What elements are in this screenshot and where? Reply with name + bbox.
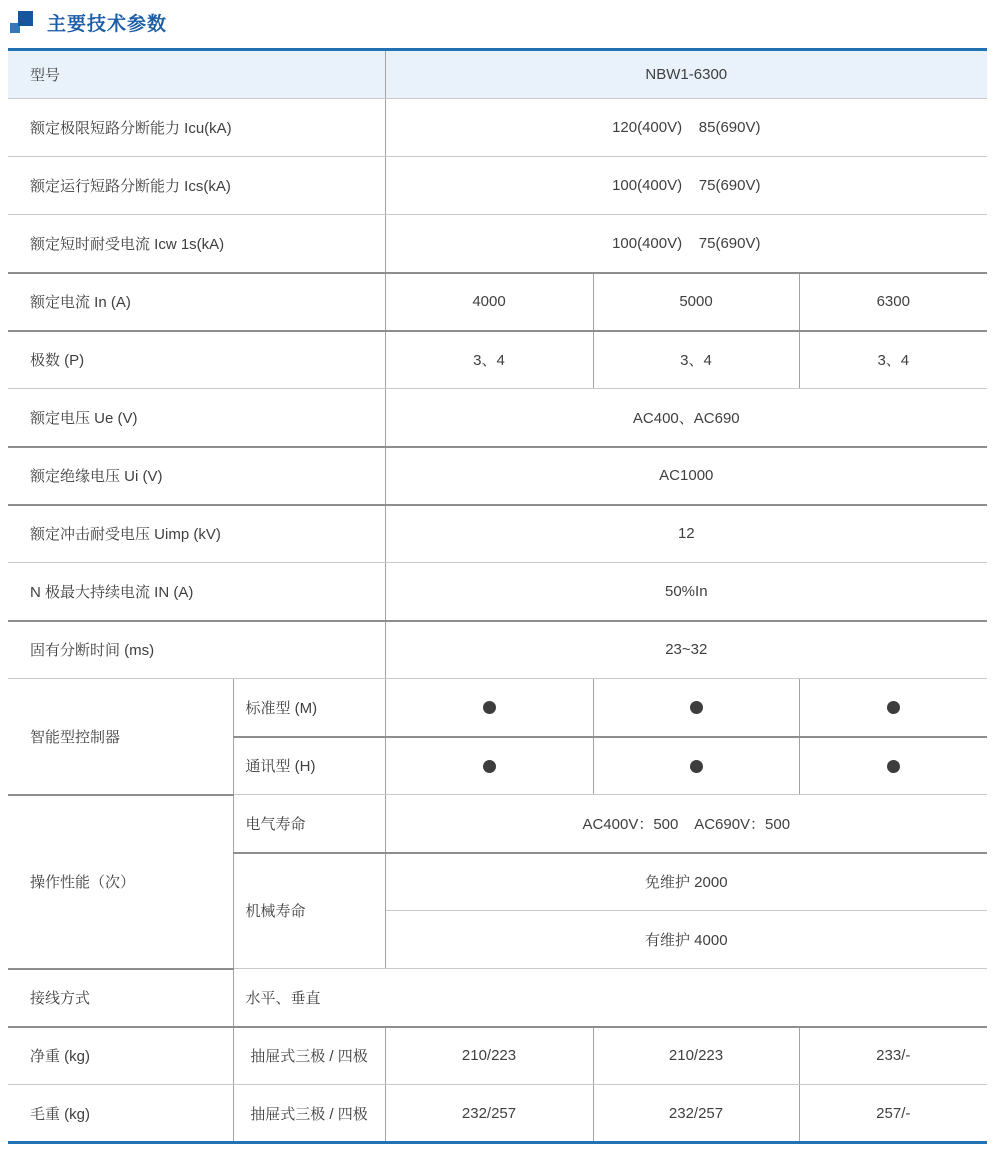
- row-group-label: 操作性能（次）: [8, 795, 233, 969]
- row-value: 100(400V) 75(690V): [385, 157, 987, 215]
- row-value: 6300: [799, 273, 987, 331]
- row-label: 固有分断时间 (ms): [8, 621, 385, 679]
- row-value: AC400、AC690: [385, 389, 987, 447]
- row-value: [799, 737, 987, 795]
- table-row: 毛重 (kg) 抽屉式三极 / 四极 232/257 232/257 257/-: [8, 1085, 987, 1143]
- row-label: 额定绝缘电压 Ui (V): [8, 447, 385, 505]
- availability-dot-icon: [887, 701, 900, 714]
- row-label: 额定电压 Ue (V): [8, 389, 385, 447]
- row-value: 免维护 2000: [385, 853, 987, 911]
- page-title: 主要技术参数: [47, 9, 167, 36]
- section-marker-icon: [10, 9, 36, 35]
- row-value: 257/-: [799, 1085, 987, 1143]
- table-row: 额定极限短路分断能力 Icu(kA) 120(400V) 85(690V): [8, 99, 987, 157]
- availability-dot-icon: [887, 760, 900, 773]
- table-row: 操作性能（次） 电气寿命 AC400V：500 AC690V：500: [8, 795, 987, 853]
- row-group-label: 智能型控制器: [8, 679, 233, 795]
- row-value: [385, 679, 593, 737]
- row-value: 5000: [593, 273, 799, 331]
- row-value: 23~32: [385, 621, 987, 679]
- table-row: 接线方式 水平、垂直: [8, 969, 987, 1027]
- row-value: 3、4: [593, 331, 799, 389]
- table-row: 额定运行短路分断能力 Ics(kA) 100(400V) 75(690V): [8, 157, 987, 215]
- row-sub-label: 电气寿命: [233, 795, 385, 853]
- row-sub-label: 抽屉式三极 / 四极: [233, 1085, 385, 1143]
- row-value: [593, 737, 799, 795]
- row-value: 210/223: [385, 1027, 593, 1085]
- row-value: 233/-: [799, 1027, 987, 1085]
- row-label: 极数 (P): [8, 331, 385, 389]
- row-value: 232/257: [385, 1085, 593, 1143]
- spec-table: 型号 NBW1-6300 额定极限短路分断能力 Icu(kA) 120(400V…: [8, 48, 987, 1144]
- header-label: 型号: [8, 50, 385, 99]
- row-sub-label: 通讯型 (H): [233, 737, 385, 795]
- row-label: 接线方式: [8, 969, 233, 1027]
- row-value: 210/223: [593, 1027, 799, 1085]
- row-value: AC400V：500 AC690V：500: [385, 795, 987, 853]
- table-row: 智能型控制器 标准型 (M): [8, 679, 987, 737]
- row-value: 12: [385, 505, 987, 563]
- row-value: [593, 679, 799, 737]
- row-value: 3、4: [799, 331, 987, 389]
- row-label: 额定冲击耐受电压 Uimp (kV): [8, 505, 385, 563]
- spec-page: 主要技术参数 型号 NBW1-6300 额定极限短路分断能力 Icu(kA) 1…: [0, 0, 995, 1144]
- row-value: [385, 737, 593, 795]
- availability-dot-icon: [690, 701, 703, 714]
- table-row: 额定电流 In (A) 4000 5000 6300: [8, 273, 987, 331]
- row-label: 额定运行短路分断能力 Ics(kA): [8, 157, 385, 215]
- row-value: AC1000: [385, 447, 987, 505]
- row-value: [799, 679, 987, 737]
- row-value: 水平、垂直: [233, 969, 987, 1027]
- row-label: 额定极限短路分断能力 Icu(kA): [8, 99, 385, 157]
- table-row: 型号 NBW1-6300: [8, 50, 987, 99]
- table-row: 固有分断时间 (ms) 23~32: [8, 621, 987, 679]
- section-title: 主要技术参数: [10, 8, 987, 36]
- row-label: N 极最大持续电流 IN (A): [8, 563, 385, 621]
- row-label: 净重 (kg): [8, 1027, 233, 1085]
- table-row: 额定冲击耐受电压 Uimp (kV) 12: [8, 505, 987, 563]
- table-row: 额定短时耐受电流 Icw 1s(kA) 100(400V) 75(690V): [8, 215, 987, 273]
- row-label: 额定电流 In (A): [8, 273, 385, 331]
- availability-dot-icon: [483, 701, 496, 714]
- row-value: 有维护 4000: [385, 911, 987, 969]
- row-value: 3、4: [385, 331, 593, 389]
- row-sub-label: 机械寿命: [233, 853, 385, 969]
- row-value: 232/257: [593, 1085, 799, 1143]
- availability-dot-icon: [483, 760, 496, 773]
- row-value: 4000: [385, 273, 593, 331]
- table-row: 额定绝缘电压 Ui (V) AC1000: [8, 447, 987, 505]
- row-label: 毛重 (kg): [8, 1085, 233, 1143]
- row-sub-label: 标准型 (M): [233, 679, 385, 737]
- table-row: N 极最大持续电流 IN (A) 50%In: [8, 563, 987, 621]
- table-row: 额定电压 Ue (V) AC400、AC690: [8, 389, 987, 447]
- row-value: 100(400V) 75(690V): [385, 215, 987, 273]
- row-value: 50%In: [385, 563, 987, 621]
- row-sub-label: 抽屉式三极 / 四极: [233, 1027, 385, 1085]
- row-value: 120(400V) 85(690V): [385, 99, 987, 157]
- table-row: 极数 (P) 3、4 3、4 3、4: [8, 331, 987, 389]
- row-label: 额定短时耐受电流 Icw 1s(kA): [8, 215, 385, 273]
- header-value: NBW1-6300: [385, 50, 987, 99]
- table-row: 净重 (kg) 抽屉式三极 / 四极 210/223 210/223 233/-: [8, 1027, 987, 1085]
- availability-dot-icon: [690, 760, 703, 773]
